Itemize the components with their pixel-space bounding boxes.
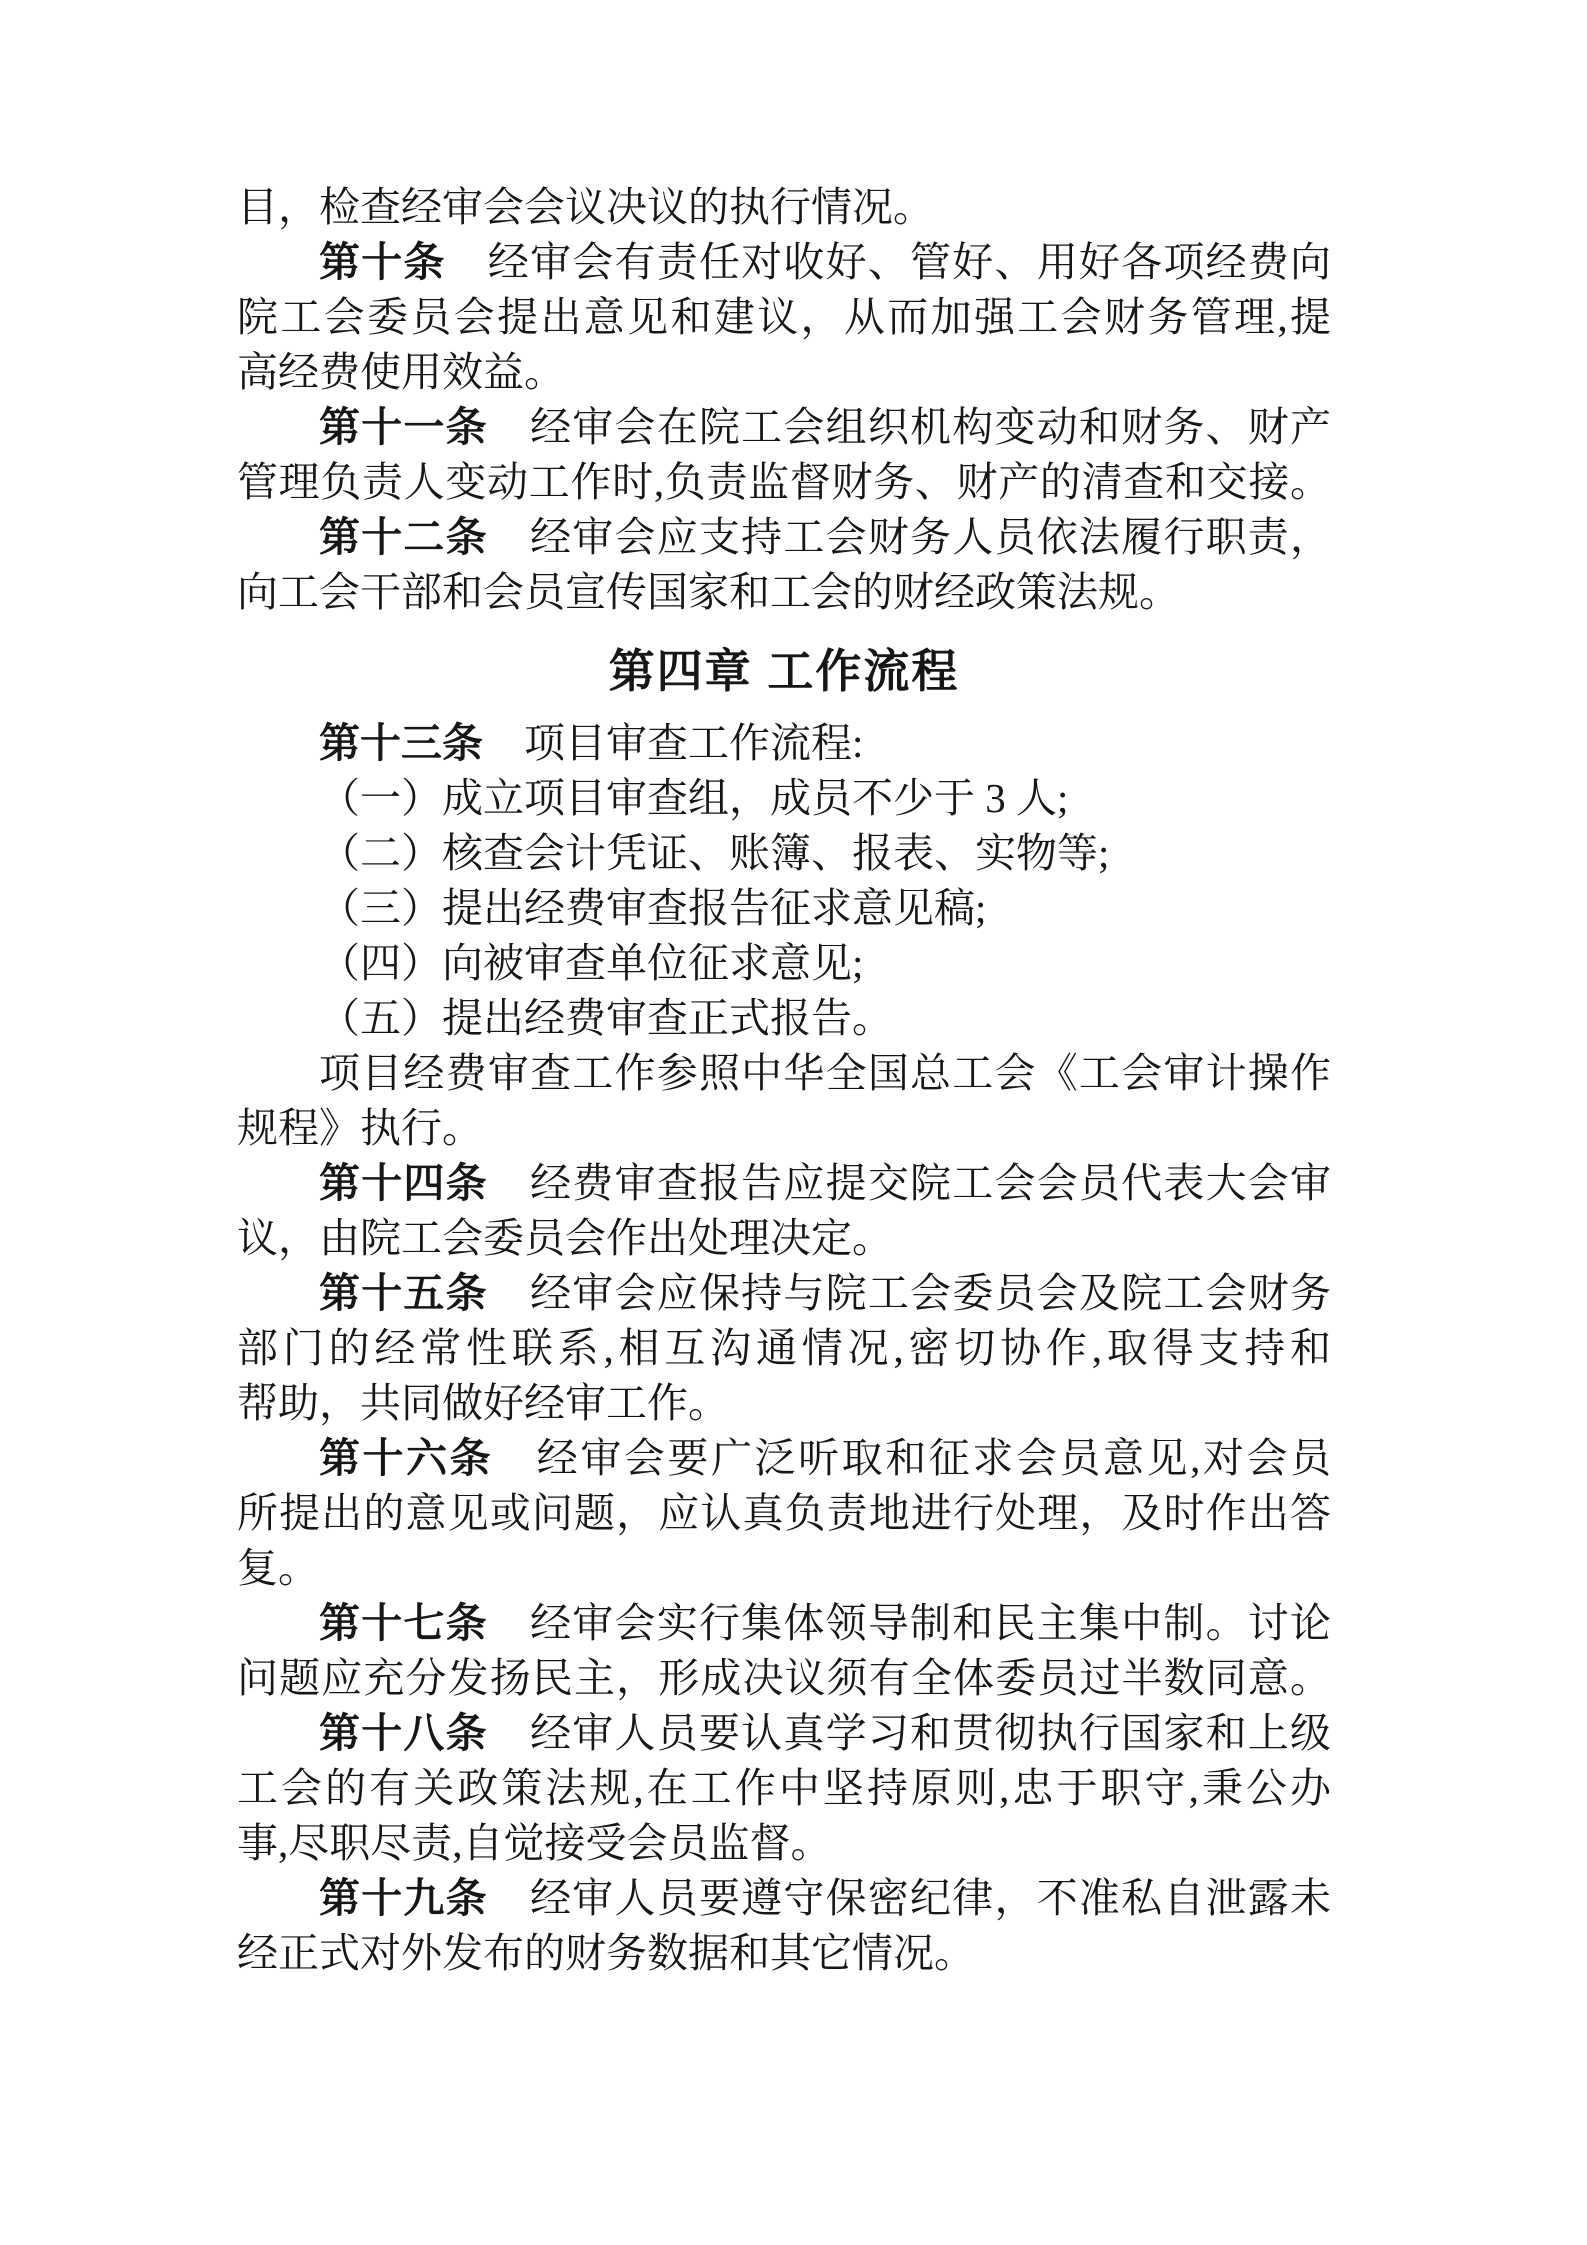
text-line: 向工会干部和会员宣传国家和工会的财经政策法规。 bbox=[237, 565, 1331, 620]
document-body: 目，检查经审会会议决议的执行情况。第十条 经审会有责任对收好、管好、用好各项经费… bbox=[237, 180, 1331, 1981]
text-run: 经正式对外发布的财务数据和其它情况。 bbox=[237, 1930, 975, 1976]
text-run: 复。 bbox=[237, 1545, 319, 1591]
text-run: 高经费使用效益。 bbox=[237, 349, 565, 395]
chapter-heading: 第四章 工作流程 bbox=[237, 636, 1331, 706]
text-run: （一）成立项目审查组，成员不少于 3 人; bbox=[319, 775, 1068, 821]
text-line: 经正式对外发布的财务数据和其它情况。 bbox=[237, 1926, 1331, 1981]
text-line: 复。 bbox=[237, 1541, 1331, 1596]
text-run: （四）向被审查单位征求意见; bbox=[319, 940, 863, 986]
article-label: 第十三条 bbox=[319, 720, 483, 766]
text-run: 经审会实行集体领导制和民主集中制。讨论 bbox=[488, 1600, 1331, 1646]
text-run: 经审会在院工会组织机构变动和财务、财产 bbox=[488, 404, 1331, 450]
article-label: 第十六条 bbox=[319, 1435, 493, 1481]
text-run: 议，由院工会委员会作出处理决定。 bbox=[237, 1215, 893, 1261]
text-line: 院工会委员会提出意见和建议，从而加强工会财务管理,提 bbox=[237, 290, 1331, 345]
article-label: 第十八条 bbox=[319, 1710, 488, 1756]
text-run: （五）提出经费审查正式报告。 bbox=[319, 995, 893, 1041]
text-run: 部门的经常性联系,相互沟通情况,密切协作,取得支持和 bbox=[237, 1325, 1331, 1371]
text-line: （五）提出经费审查正式报告。 bbox=[237, 991, 1331, 1046]
text-run: 问题应充分发扬民主，形成决议须有全体委员过半数同意。 bbox=[237, 1655, 1331, 1701]
text-line: 第十四条 经费审查报告应提交院工会会员代表大会审 bbox=[237, 1156, 1331, 1211]
text-line: 事,尽职尽责,自觉接受会员监督。 bbox=[237, 1816, 1331, 1871]
article-label: 第十一条 bbox=[319, 404, 488, 450]
text-line: 第十五条 经审会应保持与院工会委员会及院工会财务 bbox=[237, 1266, 1331, 1321]
text-run: 所提出的意见或问题，应认真负责地进行处理，及时作出答 bbox=[237, 1490, 1331, 1536]
text-line: 第十六条 经审会要广泛听取和征求会员意见,对会员 bbox=[237, 1431, 1331, 1486]
text-run: 帮助，共同做好经审工作。 bbox=[237, 1380, 729, 1426]
document-page: 目，检查经审会会议决议的执行情况。第十条 经审会有责任对收好、管好、用好各项经费… bbox=[0, 0, 1587, 2245]
text-run: 项目经费审查工作参照中华全国总工会《工会审计操作 bbox=[319, 1050, 1331, 1096]
text-line: 第十九条 经审人员要遵守保密纪律，不准私自泄露未 bbox=[237, 1871, 1331, 1926]
text-line: （三）提出经费审查报告征求意见稿; bbox=[237, 881, 1331, 936]
text-line: 议，由院工会委员会作出处理决定。 bbox=[237, 1211, 1331, 1266]
text-run: 项目审查工作流程: bbox=[483, 720, 863, 766]
text-run: （二）核查会计凭证、账簿、报表、实物等; bbox=[319, 830, 1109, 876]
text-line: 第十八条 经审人员要认真学习和贯彻执行国家和上级 bbox=[237, 1706, 1331, 1761]
article-label: 第十四条 bbox=[319, 1160, 488, 1206]
text-run: 经审会应保持与院工会委员会及院工会财务 bbox=[488, 1270, 1331, 1316]
text-line: 所提出的意见或问题，应认真负责地进行处理，及时作出答 bbox=[237, 1486, 1331, 1541]
article-label: 第十五条 bbox=[319, 1270, 488, 1316]
text-line: 目，检查经审会会议决议的执行情况。 bbox=[237, 180, 1331, 235]
text-run: （三）提出经费审查报告征求意见稿; bbox=[319, 885, 986, 931]
text-line: 高经费使用效益。 bbox=[237, 345, 1331, 400]
article-label: 第十二条 bbox=[319, 514, 488, 560]
text-run: 经审人员要遵守保密纪律，不准私自泄露未 bbox=[488, 1875, 1331, 1921]
text-line: 第十条 经审会有责任对收好、管好、用好各项经费向 bbox=[237, 235, 1331, 290]
text-line: 部门的经常性联系,相互沟通情况,密切协作,取得支持和 bbox=[237, 1321, 1331, 1376]
text-line: 第十三条 项目审查工作流程: bbox=[237, 716, 1331, 771]
text-run: 目，检查经审会会议决议的执行情况。 bbox=[237, 184, 934, 230]
article-label: 第十九条 bbox=[319, 1875, 488, 1921]
text-run: 事,尽职尽责,自觉接受会员监督。 bbox=[237, 1820, 832, 1866]
text-line: （一）成立项目审查组，成员不少于 3 人; bbox=[237, 771, 1331, 826]
text-run: 经审会有责任对收好、管好、用好各项经费向 bbox=[446, 239, 1331, 285]
text-line: 规程》执行。 bbox=[237, 1101, 1331, 1156]
text-line: 问题应充分发扬民主，形成决议须有全体委员过半数同意。 bbox=[237, 1651, 1331, 1706]
text-run: 经费审查报告应提交院工会会员代表大会审 bbox=[488, 1160, 1331, 1206]
text-line: 工会的有关政策法规,在工作中坚持原则,忠于职守,秉公办 bbox=[237, 1761, 1331, 1816]
text-run: 管理负责人变动工作时,负责监督财务、财产的清查和交接。 bbox=[237, 459, 1331, 505]
text-line: （四）向被审查单位征求意见; bbox=[237, 936, 1331, 991]
text-run: 经审会应支持工会财务人员依法履行职责， bbox=[488, 514, 1331, 560]
text-run: 院工会委员会提出意见和建议，从而加强工会财务管理,提 bbox=[237, 294, 1331, 340]
text-run: 经审会要广泛听取和征求会员意见,对会员 bbox=[493, 1435, 1331, 1481]
text-run: 向工会干部和会员宣传国家和工会的财经政策法规。 bbox=[237, 569, 1180, 615]
text-line: 第十七条 经审会实行集体领导制和民主集中制。讨论 bbox=[237, 1596, 1331, 1651]
text-line: 帮助，共同做好经审工作。 bbox=[237, 1376, 1331, 1431]
article-label: 第十条 bbox=[319, 239, 446, 285]
text-line: 第十二条 经审会应支持工会财务人员依法履行职责， bbox=[237, 510, 1331, 565]
text-run: 经审人员要认真学习和贯彻执行国家和上级 bbox=[488, 1710, 1331, 1756]
text-line: 管理负责人变动工作时,负责监督财务、财产的清查和交接。 bbox=[237, 455, 1331, 510]
text-run: 规程》执行。 bbox=[237, 1105, 483, 1151]
text-run: 工会的有关政策法规,在工作中坚持原则,忠于职守,秉公办 bbox=[237, 1765, 1331, 1811]
text-line: （二）核查会计凭证、账簿、报表、实物等; bbox=[237, 826, 1331, 881]
text-line: 第十一条 经审会在院工会组织机构变动和财务、财产 bbox=[237, 400, 1331, 455]
text-line: 项目经费审查工作参照中华全国总工会《工会审计操作 bbox=[237, 1046, 1331, 1101]
article-label: 第十七条 bbox=[319, 1600, 488, 1646]
